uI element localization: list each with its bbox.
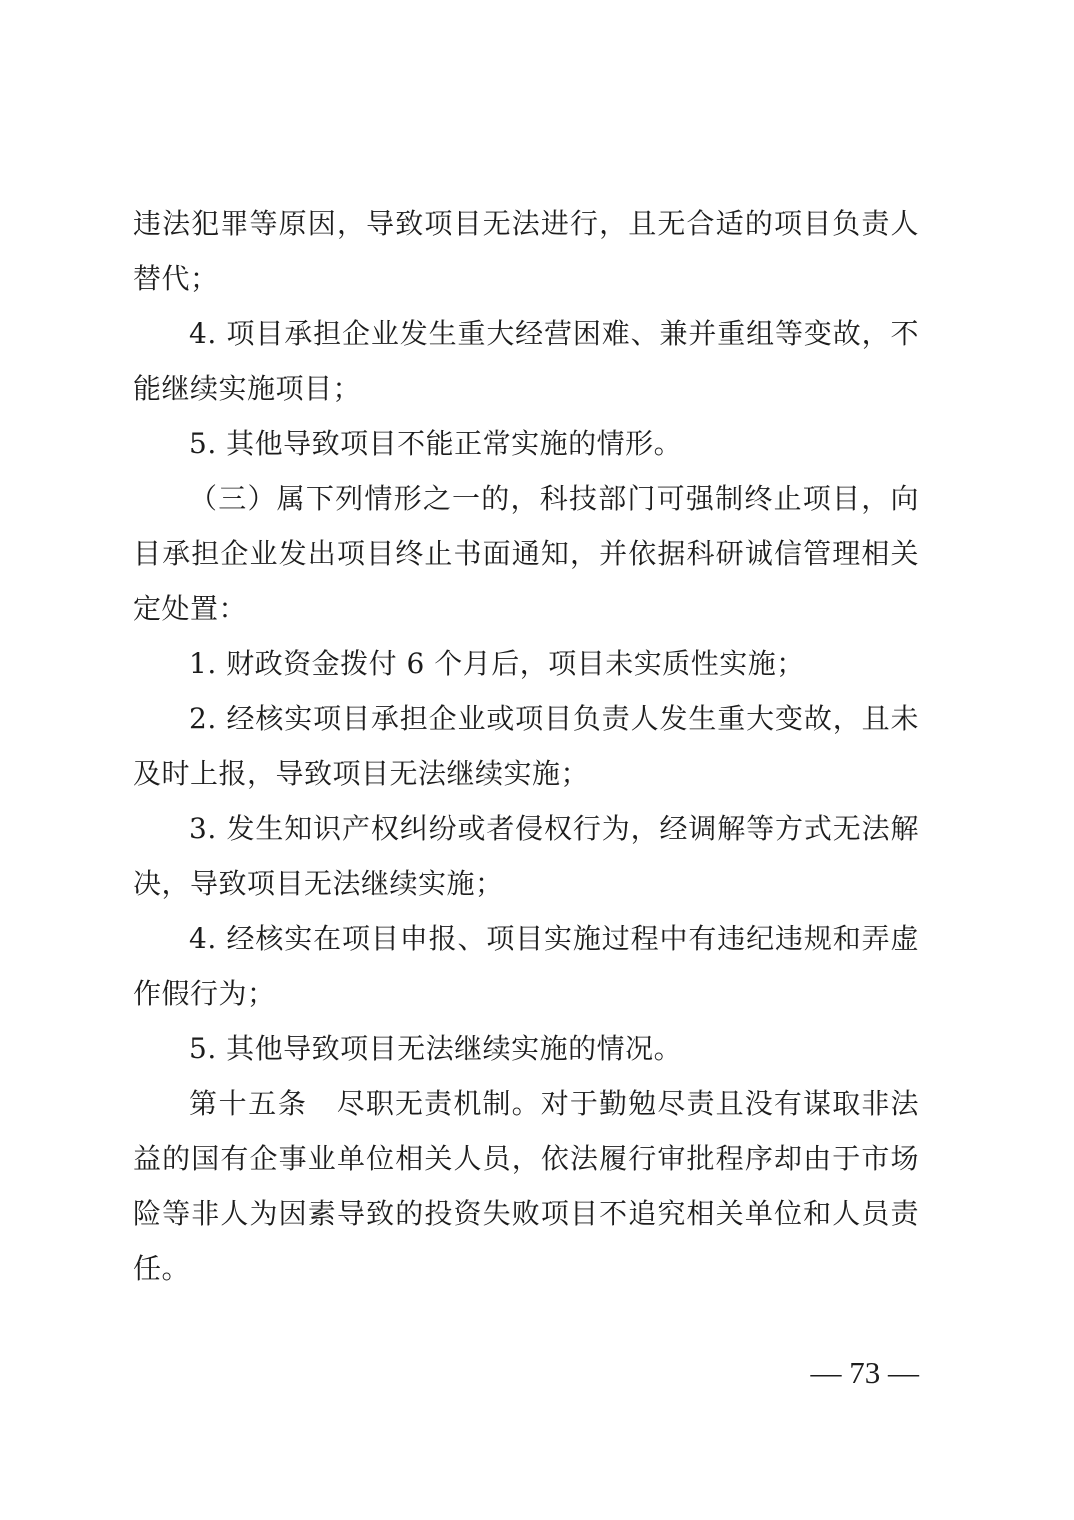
text-line: 4. 经核实在项目申报、项目实施过程中有违纪违规和弄虚 [133, 911, 919, 966]
page-number: — 73 — [133, 1352, 919, 1394]
text-line: 作假行为； [133, 966, 919, 1021]
text-line: 替代； [133, 251, 919, 306]
text-line: 任。 [133, 1241, 919, 1296]
text-line: 定处置： [133, 581, 919, 636]
document-page: 违法犯罪等原因，导致项目无法进行，且无合适的项目负责人可替代；4. 项目承担企业… [0, 0, 1074, 1520]
text-line: 4. 项目承担企业发生重大经营困难、兼并重组等变故，不 [133, 306, 919, 361]
text-line: 险等非人为因素导致的投资失败项目不追究相关单位和人员责 [133, 1186, 919, 1241]
text-line: 能继续实施项目； [133, 361, 919, 416]
text-line: （三）属下列情形之一的，科技部门可强制终止项目，向项 [133, 471, 919, 526]
text-line: 决，导致项目无法继续实施； [133, 856, 919, 911]
text-line: 1. 财政资金拨付 6 个月后，项目未实质性实施； [133, 636, 919, 691]
text-block: 违法犯罪等原因，导致项目无法进行，且无合适的项目负责人可替代；4. 项目承担企业… [133, 196, 919, 1296]
text-line: 5. 其他导致项目无法继续实施的情况。 [133, 1021, 919, 1076]
text-line: 3. 发生知识产权纠纷或者侵权行为，经调解等方式无法解 [133, 801, 919, 856]
text-line: 2. 经核实项目承担企业或项目负责人发生重大变故，且未 [133, 691, 919, 746]
text-line: 违法犯罪等原因，导致项目无法进行，且无合适的项目负责人可 [133, 196, 919, 251]
text-line: 及时上报，导致项目无法继续实施； [133, 746, 919, 801]
text-line: 第十五条 尽职无责机制。对于勤勉尽责且没有谋取非法利 [133, 1076, 919, 1131]
text-line: 目承担企业发出项目终止书面通知，并依据科研诚信管理相关规 [133, 526, 919, 581]
article-number-label: 第十五条 [189, 1087, 308, 1120]
text-line: 5. 其他导致项目不能正常实施的情形。 [133, 416, 919, 471]
text-line: 益的国有企事业单位相关人员，依法履行审批程序却由于市场风 [133, 1131, 919, 1186]
